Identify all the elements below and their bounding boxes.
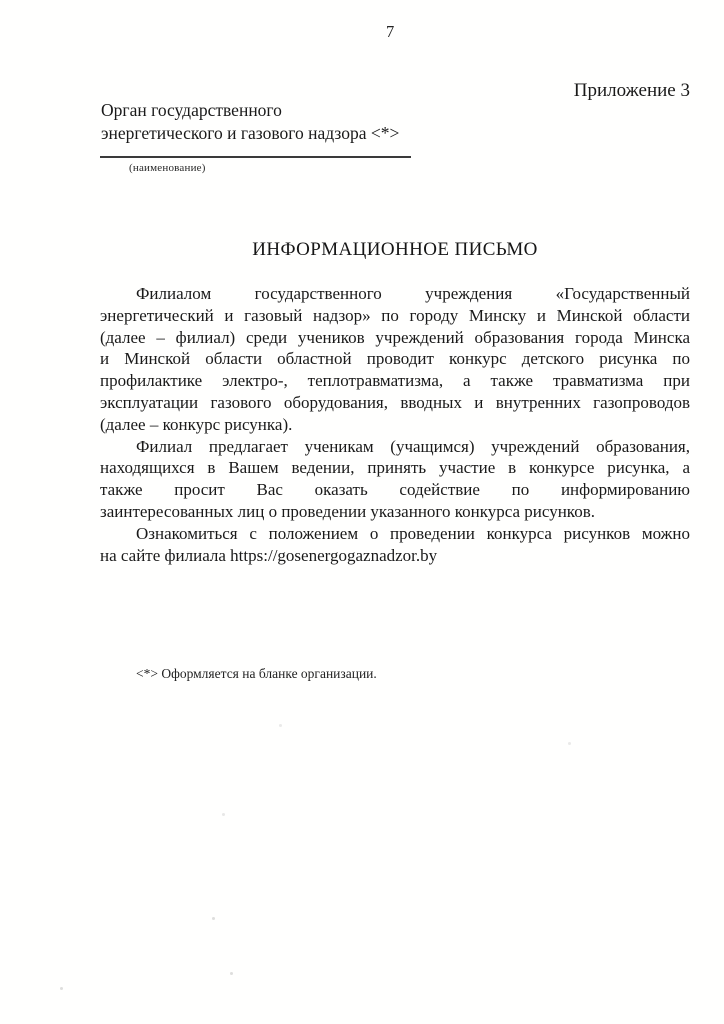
text-line: (далее – филиал) среди учеников учрежден… xyxy=(100,327,690,349)
name-caption: (наименование) xyxy=(129,162,206,174)
document-page: 7 Приложение 3 Орган государственного эн… xyxy=(0,0,724,1024)
text-line: Филиалом государственного учреждения «Го… xyxy=(100,283,690,305)
text-line: профилактике электро-, теплотравматизма,… xyxy=(100,370,690,392)
text-line: также просит Вас оказать содействие по и… xyxy=(100,479,690,501)
footnote: <*> Оформляется на бланке организации. xyxy=(136,666,377,682)
name-underline xyxy=(100,156,411,158)
page-number: 7 xyxy=(386,22,394,42)
text-line: Филиал предлагает ученикам (учащимся) уч… xyxy=(100,436,690,458)
scan-speckle xyxy=(212,917,215,920)
org-name-line-2: энергетического и газового надзора <*> xyxy=(101,122,531,145)
org-name-line-1: Орган государственного xyxy=(101,99,531,122)
scan-speckle xyxy=(568,742,571,745)
document-title: ИНФОРМАЦИОННОЕ ПИСЬМО xyxy=(100,239,690,261)
text-line: заинтересованных лиц о проведении указан… xyxy=(100,501,690,523)
scan-speckle xyxy=(60,987,63,990)
paragraph-2: Филиал предлагает ученикам (учащимся) уч… xyxy=(100,436,690,523)
text-line: эксплуатации газового оборудования, ввод… xyxy=(100,392,690,414)
letter-body: Филиалом государственного учреждения «Го… xyxy=(100,283,690,566)
scan-speckle xyxy=(279,724,282,727)
text-line: энергетический и газовый надзор» по горо… xyxy=(100,305,690,327)
text-line: на сайте филиала https://gosenergogaznad… xyxy=(100,545,690,567)
text-line: находящихся в Вашем ведении, принять уча… xyxy=(100,457,690,479)
appendix-label: Приложение 3 xyxy=(574,80,690,102)
paragraph-3: Ознакомиться с положением о проведении к… xyxy=(100,523,690,567)
text-line: (далее – конкурс рисунка). xyxy=(100,414,690,436)
text-line: Ознакомиться с положением о проведении к… xyxy=(100,523,690,545)
paragraph-1: Филиалом государственного учреждения «Го… xyxy=(100,283,690,436)
scan-speckle xyxy=(222,813,225,816)
org-name-block: Орган государственного энергетического и… xyxy=(101,99,531,145)
scan-speckle xyxy=(230,972,233,975)
text-line: и Минской области областной проводит кон… xyxy=(100,348,690,370)
